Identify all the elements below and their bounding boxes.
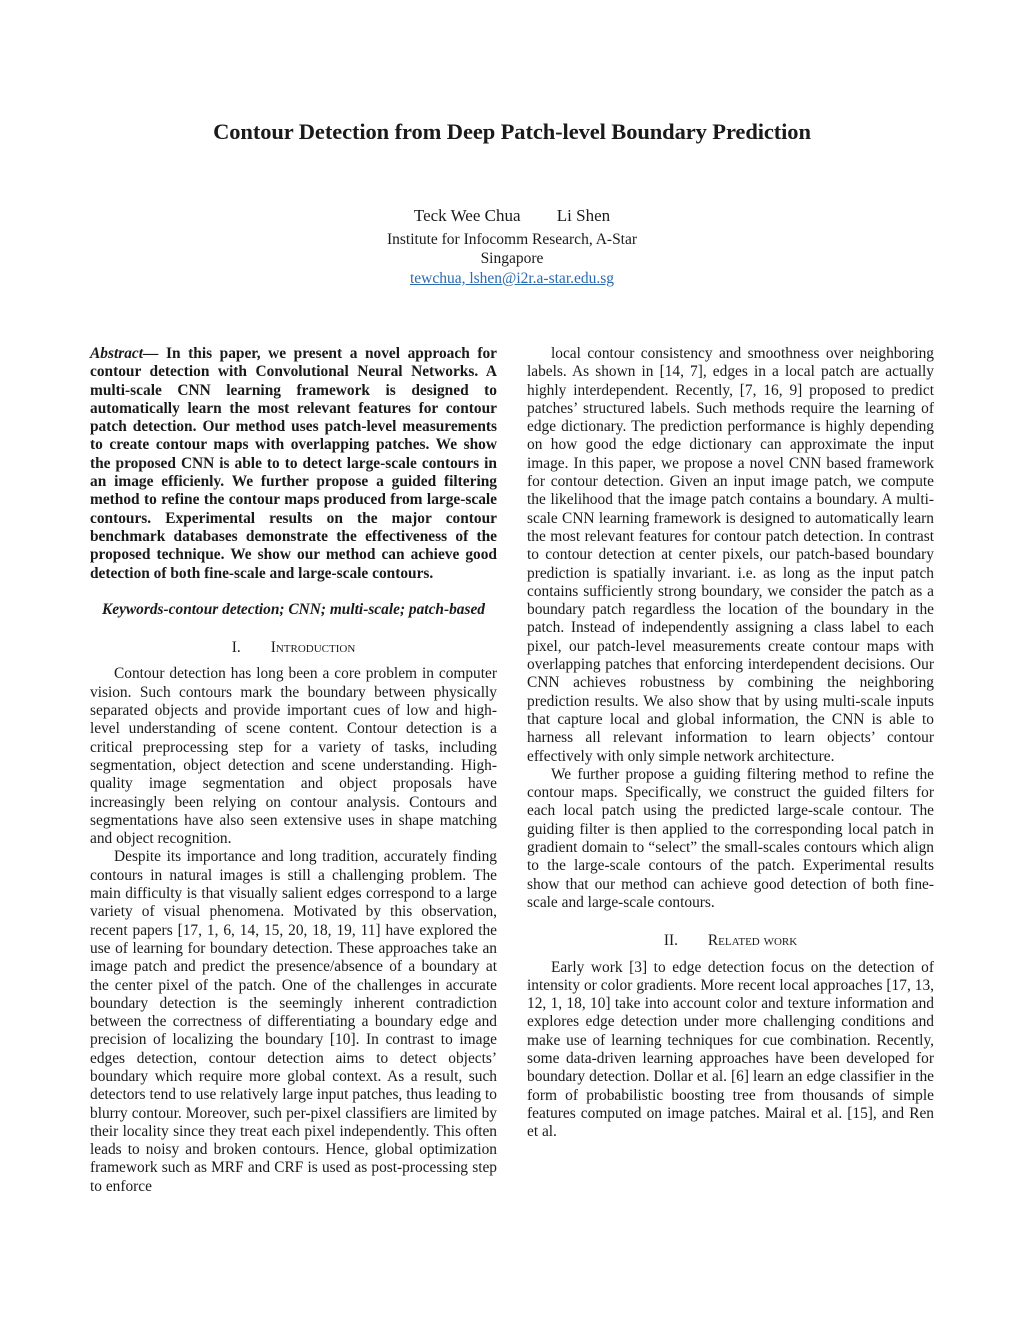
abstract-text: In this paper, we present a novel approa… [90, 345, 497, 582]
section-title: Related work [708, 932, 797, 949]
paragraph: Despite its importance and long traditio… [90, 848, 497, 1196]
left-column: Abstract— In this paper, we present a no… [90, 345, 497, 1196]
affiliation-country: Singapore [0, 250, 1024, 268]
section-heading-related-work: II.Related work [527, 932, 934, 950]
paragraph: Contour detection has long been a core p… [90, 665, 497, 848]
email-link[interactable]: tewchua, lshen@i2r.a-star.edu.sg [410, 270, 614, 287]
author-list: Teck Wee Chua Li Shen [0, 206, 1024, 226]
paragraph: We further propose a guiding filtering m… [527, 766, 934, 912]
keywords: Keywords-contour detection; CNN; multi-s… [90, 601, 497, 619]
section-title: Introduction [271, 639, 356, 656]
right-column: local contour consistency and smoothness… [527, 345, 934, 1141]
section-number: II. [664, 932, 678, 950]
abstract: Abstract— In this paper, we present a no… [90, 345, 497, 583]
abstract-label: Abstract— [90, 345, 158, 362]
section-heading-introduction: I.Introduction [90, 639, 497, 657]
paragraph-continued: local contour consistency and smoothness… [527, 345, 934, 766]
paper-title: Contour Detection from Deep Patch-level … [0, 119, 1024, 145]
author-email: tewchua, lshen@i2r.a-star.edu.sg [0, 270, 1024, 288]
author-name: Teck Wee Chua [414, 206, 521, 226]
paragraph: Early work [3] to edge detection focus o… [527, 959, 934, 1142]
author-name: Li Shen [557, 206, 610, 226]
affiliation: Institute for Infocomm Research, A-Star [0, 231, 1024, 249]
section-number: I. [232, 639, 241, 657]
